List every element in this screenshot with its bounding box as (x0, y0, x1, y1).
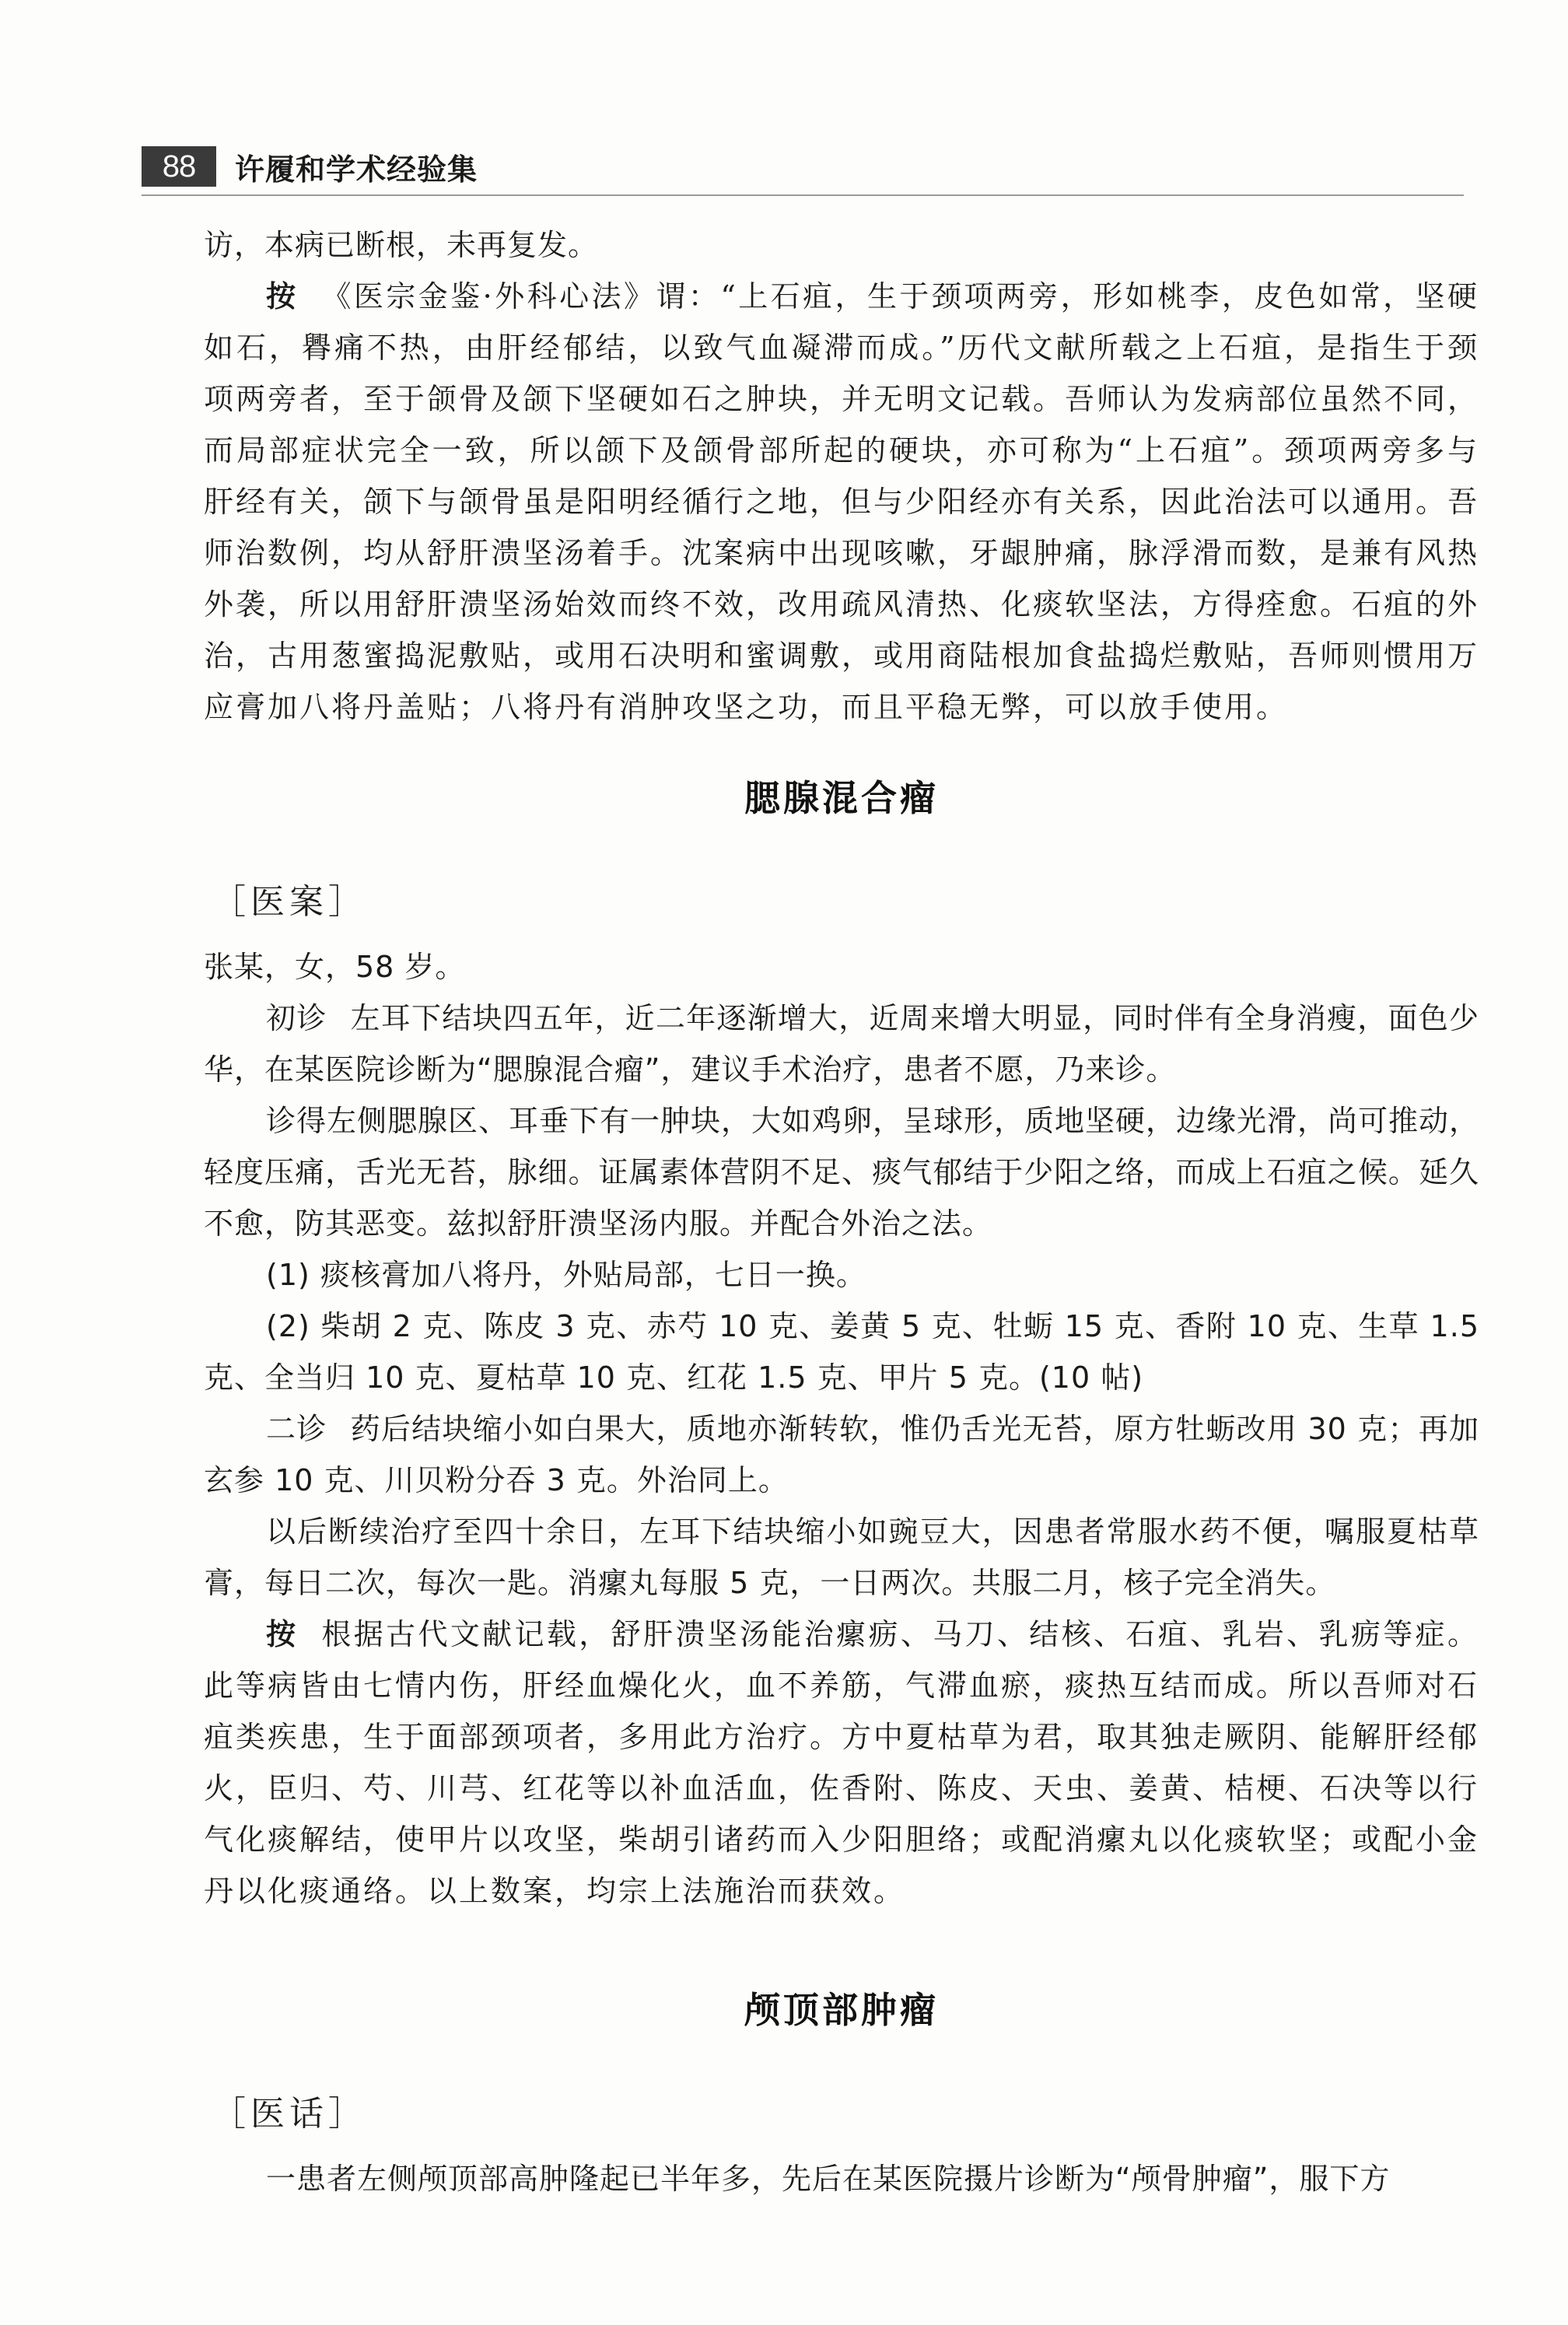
second-visit-text: 药后结块缩小如白果大，质地亦渐转软，惟仍舌光无苔，原方牡蛎改用 30 克；再加玄… (204, 1412, 1479, 1497)
section-title-parotid: 腮腺混合瘤 (204, 751, 1479, 845)
commentary-paragraph: 按《医宗金鉴·外科心法》谓：“上石疽，生于颈项两旁，形如桃李，皮色如常，坚硬如石… (204, 271, 1479, 733)
prescription-2: (2) 柴胡 2 克、陈皮 3 克、赤芍 10 克、姜黄 5 克、牡蛎 15 克… (204, 1301, 1479, 1403)
commentary-lead: 按 (266, 279, 298, 313)
spacer (204, 1917, 1479, 1963)
patient-info: 张某，女，58 岁。 (204, 941, 1479, 993)
followup-paragraph: 以后断续治疗至四十余日，左耳下结块缩小如豌豆大，因患者常服水药不便，嘱服夏枯草膏… (204, 1506, 1479, 1609)
spacer (204, 733, 1479, 751)
book-title: 许履和学术经验集 (235, 145, 478, 188)
first-visit-text: 左耳下结块四五年，近二年逐渐增大，近周来增大明显，同时伴有全身消瘦，面色少华，在… (204, 1001, 1479, 1087)
spacer (204, 845, 1479, 863)
spacer (204, 2057, 1479, 2075)
continuation-paragraph: 访，本病已断根，未再复发。 (204, 219, 1479, 271)
page-body: 访，本病已断根，未再复发。 按《医宗金鉴·外科心法》谓：“上石疽，生于颈项两旁，… (204, 219, 1479, 2204)
first-visit-paragraph: 初诊左耳下结块四五年，近二年逐渐增大，近周来增大明显，同时伴有全身消瘦，面色少华… (204, 993, 1479, 1095)
header-divider (142, 194, 1464, 196)
cranial-case-paragraph: 一患者左侧颅顶部高肿隆起已半年多，先后在某医院摄片诊断为“颅骨肿瘤”，服下方 (204, 2153, 1479, 2204)
section-title-cranial: 颅顶部肿瘤 (204, 1963, 1479, 2057)
second-visit-lead: 二诊 (266, 1412, 327, 1446)
book-page: 88 许履和学术经验集 访，本病已断根，未再复发。 按《医宗金鉴·外科心法》谓：… (0, 0, 1568, 2325)
subhead-medical-talk: ［医话］ (212, 2075, 1479, 2153)
commentary-text: 《医宗金鉴·外科心法》谓：“上石疽，生于颈项两旁，形如桃李，皮色如常，坚硬如石，… (204, 279, 1479, 724)
page-number: 88 (142, 146, 216, 187)
section1-commentary: 按根据古代文献记载，舒肝溃坚汤能治瘰疬、马刀、结核、石疽、乳岩、乳疬等症。此等病… (204, 1609, 1479, 1917)
section1-commentary-text: 根据古代文献记载，舒肝溃坚汤能治瘰疬、马刀、结核、石疽、乳岩、乳疬等症。此等病皆… (204, 1617, 1479, 1908)
prescription-1: (1) 痰核膏加八将丹，外贴局部，七日一换。 (204, 1249, 1479, 1301)
running-header: 88 许履和学术经验集 (142, 145, 1464, 188)
first-visit-lead: 初诊 (266, 1001, 327, 1035)
section1-commentary-lead: 按 (266, 1617, 298, 1651)
subhead-case-record: ［医案］ (212, 863, 1479, 941)
diagnosis-paragraph: 诊得左侧腮腺区、耳垂下有一肿块，大如鸡卵，呈球形，质地坚硬，边缘光滑，尚可推动，… (204, 1095, 1479, 1249)
second-visit-paragraph: 二诊药后结块缩小如白果大，质地亦渐转软，惟仍舌光无苔，原方牡蛎改用 30 克；再… (204, 1403, 1479, 1506)
